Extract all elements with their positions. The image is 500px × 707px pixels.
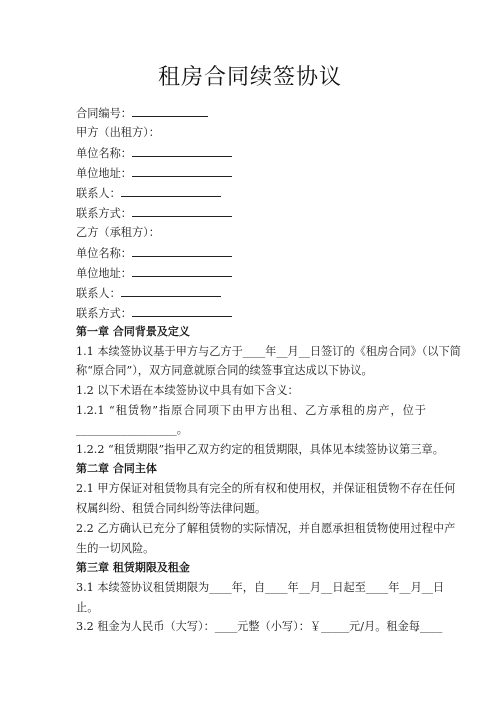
party-b-phone-field: 联系方式：: [76, 306, 232, 321]
field-label: 单位名称：: [76, 247, 132, 260]
chapter-1-heading: 第一章 合同背景及定义: [76, 325, 190, 339]
field-label: 单位地址：: [76, 267, 132, 280]
clause-3-1-line-1: 3.1 本续签协议租赁期限为____年，自____年__月__日起至____年_…: [76, 581, 426, 595]
blank-line: [121, 286, 221, 297]
field-label: 联系人：: [76, 287, 121, 300]
blank-line: [132, 266, 232, 277]
blank-line: [132, 206, 232, 217]
party-a-phone-field: 联系方式：: [76, 206, 232, 221]
party-b-address-field: 单位地址：: [76, 266, 232, 281]
clause-3-1-line-2: 止。: [76, 601, 98, 615]
party-b-heading: 乙方（承租方）：: [76, 226, 160, 240]
document-page: 租房合同续签协议 合同编号： 甲方（出租方）： 单位名称： 单位地址： 联系人：…: [0, 0, 500, 707]
chapter-2-heading: 第二章 合同主体: [76, 462, 157, 476]
field-label: 乙方（承租方）：: [76, 226, 160, 239]
blank-line: [132, 146, 232, 157]
blank-line: [132, 166, 232, 177]
clause-1-2-1-line-1: 1.2.1 “租赁物”指原合同项下由甲方出租、乙方承租的房产，位于: [76, 404, 426, 418]
clause-2-2-line-1: 2.2 乙方确认已充分了解租赁物的实际情况，并自愿承担租赁物使用过程中产: [76, 522, 426, 536]
clause-1-1-line-2: 称“原合同”），双方同意就原合同的续签事宜达成以下协议。: [76, 364, 373, 378]
field-label: 单位地址：: [76, 167, 132, 180]
blank-line: [132, 306, 232, 317]
field-label: 联系人：: [76, 187, 121, 200]
party-b-contact-field: 联系人：: [76, 286, 221, 301]
field-label: 合同编号：: [76, 107, 132, 120]
clause-2-2-line-2: 生的一切风险。: [76, 542, 154, 556]
field-label: 联系方式：: [76, 207, 132, 220]
clause-1-2: 1.2 以下术语在本续签协议中具有如下含义：: [76, 384, 299, 398]
contract-number-field: 合同编号：: [76, 106, 208, 121]
blank-line: [121, 186, 221, 197]
field-label: 联系方式：: [76, 307, 132, 320]
party-b-company-name-field: 单位名称：: [76, 246, 232, 261]
party-a-address-field: 单位地址：: [76, 166, 232, 181]
field-label: 甲方（出租方）：: [76, 126, 160, 139]
clause-3-2-line-1: 3.2 租金为人民币（大写）：____元整（小写）：￥_____元/月。租金每_…: [76, 620, 442, 634]
party-a-contact-field: 联系人：: [76, 186, 221, 201]
clause-2-1-line-2: 权属纠纷、租赁合同纠纷等法律问题。: [76, 502, 266, 516]
clause-1-2-2: 1.2.2 “租赁期限”指甲乙双方约定的租赁期限，具体见本续签协议第三章。: [76, 443, 444, 457]
party-a-company-name-field: 单位名称：: [76, 146, 232, 161]
document-title: 租房合同续签协议: [0, 60, 500, 91]
field-label: 单位名称：: [76, 147, 132, 160]
contract-number-blank: [132, 106, 208, 117]
party-a-heading: 甲方（出租方）：: [76, 126, 160, 140]
clause-1-1-line-1: 1.1 本续签协议基于甲方与乙方于____年__月__日签订的《租房合同》（以下…: [76, 345, 426, 359]
clause-1-2-1-line-2: __________________。: [76, 423, 188, 437]
blank-line: [132, 246, 232, 257]
chapter-3-heading: 第三章 租赁期限及租金: [76, 561, 190, 575]
clause-2-1-line-1: 2.1 甲方保证对租赁物具有完全的所有权和使用权，并保证租赁物不存在任何: [76, 482, 426, 496]
